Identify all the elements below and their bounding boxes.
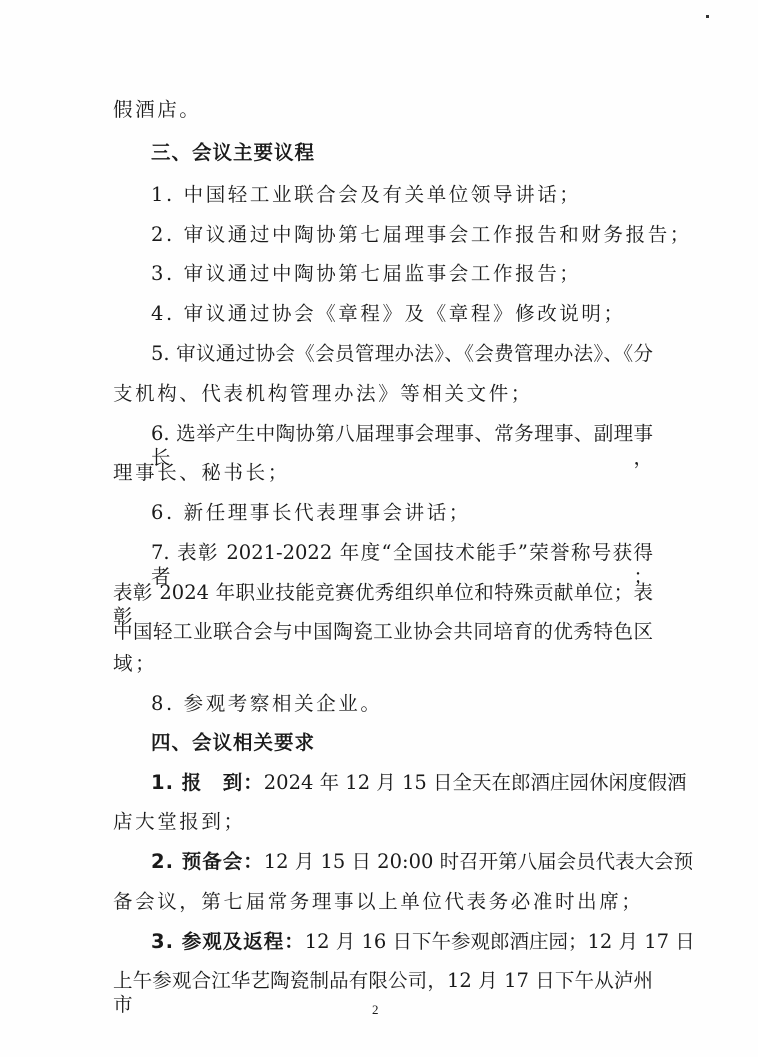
requirement-item: 1. 报 到： 2024 年 12 月 15 日全天在郎酒庄园休闲度假酒 [151,771,653,795]
scan-speck [706,15,709,18]
requirement-item: 2. 预备会： 12 月 15 日 20:00 时召开第八届会员代表大会预 [151,850,653,874]
requirement-text: 12 月 15 日 20:00 时召开第八届会员代表大会预 [264,850,693,874]
document-page: 假酒店。 三、会议主要议程 1. 中国轻工业联合会及有关单位领导讲话； 2. 审… [0,0,758,1057]
requirement-item: 3. 参观及返程： 12 月 16 日下午参观郎酒庄园；12 月 17 日 [151,930,653,954]
text-line: 上午参观合江华艺陶瓷制品有限公司，12 月 17 日下午从泸州市 [113,969,653,1017]
text-line: 假酒店。 [113,98,653,122]
agenda-item: 3. 审议通过中陶协第七届监事会工作报告； [151,262,653,286]
text-line: 支机构、代表机构管理办法》等相关文件； [113,382,653,406]
section-heading: 三、会议主要议程 [151,141,653,165]
text-line: 店大堂报到； [113,810,653,834]
agenda-item: 6. 新任理事长代表理事会讲话； [151,501,653,525]
agenda-item: 1. 中国轻工业联合会及有关单位领导讲话； [151,183,653,207]
requirement-label: 2. 预备会： [151,850,264,874]
agenda-item: 4. 审议通过协会《章程》及《章程》修改说明； [151,302,653,326]
section-heading: 四、会议相关要求 [151,731,653,755]
requirement-label: 1. 报 到： [151,771,264,795]
requirement-text: 12 月 16 日下午参观郎酒庄园；12 月 17 日 [305,930,695,954]
agenda-item: 8. 参观考察相关企业。 [151,692,653,716]
page-number: 2 [372,1002,379,1018]
agenda-item: 5. 审议通过协会《会员管理办法》、《会费管理办法》、《分 [151,342,653,366]
text-line: 域； [113,652,653,676]
text-line: 理事长、秘书长； [113,461,653,485]
agenda-item: 2. 审议通过中陶协第七届理事会工作报告和财务报告； [151,223,653,247]
text-line: 备会议，第七届常务理事以上单位代表务必准时出席； [113,890,653,914]
requirement-label: 3. 参观及返程： [151,930,305,954]
text-line: 中国轻工业联合会与中国陶瓷工业协会共同培育的优秀特色区 [113,620,653,644]
requirement-text: 2024 年 12 月 15 日全天在郎酒庄园休闲度假酒 [264,771,687,795]
